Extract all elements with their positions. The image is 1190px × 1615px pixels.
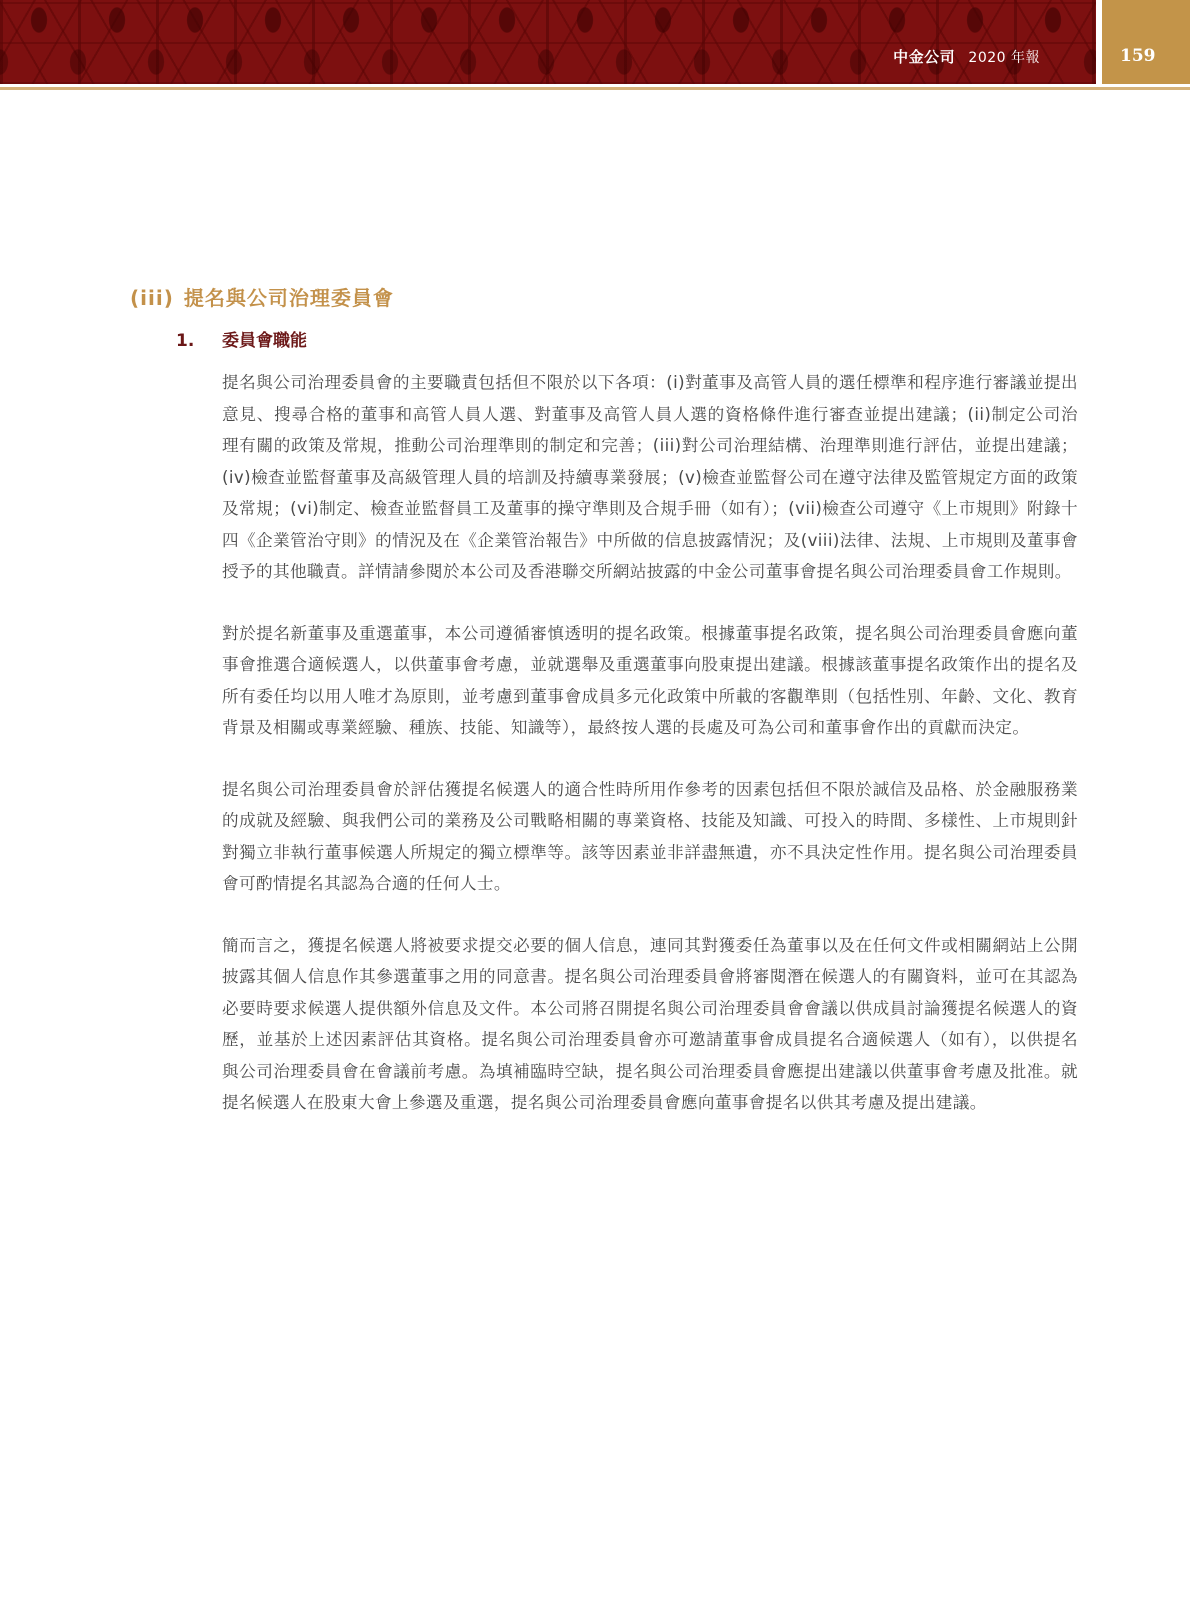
paragraph-assessment-factors: 提名與公司治理委員會於評估獲提名候選人的適合性時所用作參考的因素包括但不限於誠信… [222, 774, 1078, 900]
header-rule [0, 87, 1190, 90]
decorative-pattern-band [0, 0, 1096, 84]
company-name: 中金公司 [893, 48, 955, 66]
report-label: 中金公司 2020 年報 [893, 46, 1040, 67]
subsection-title: 委員會職能 [222, 331, 307, 351]
page-number-box: 159 [1102, 0, 1190, 84]
page-header: 中金公司 2020 年報 159 [0, 0, 1190, 85]
report-year: 2020 年報 [968, 50, 1040, 66]
section-number: (iii) [130, 286, 174, 310]
paragraph-responsibilities: 提名與公司治理委員會的主要職責包括但不限於以下各項：(i)對董事及高管人員的選任… [222, 367, 1078, 588]
subsection-number: 1. [176, 331, 222, 351]
page-number: 159 [1102, 46, 1190, 66]
paragraph-nomination-policy: 對於提名新董事及重選董事，本公司遵循審慎透明的提名政策。根據董事提名政策，提名與… [222, 618, 1078, 744]
section-title: 提名與公司治理委員會 [184, 286, 394, 310]
paragraph-nomination-procedure: 簡而言之，獲提名候選人將被要求提交必要的個人信息，連同其對獲委任為董事以及在任何… [222, 930, 1078, 1119]
body-text: 提名與公司治理委員會的主要職責包括但不限於以下各項：(i)對董事及高管人員的選任… [222, 367, 1078, 1149]
subsection-heading: 1.委員會職能 [176, 326, 307, 351]
section-heading: (iii)提名與公司治理委員會 [130, 282, 394, 311]
